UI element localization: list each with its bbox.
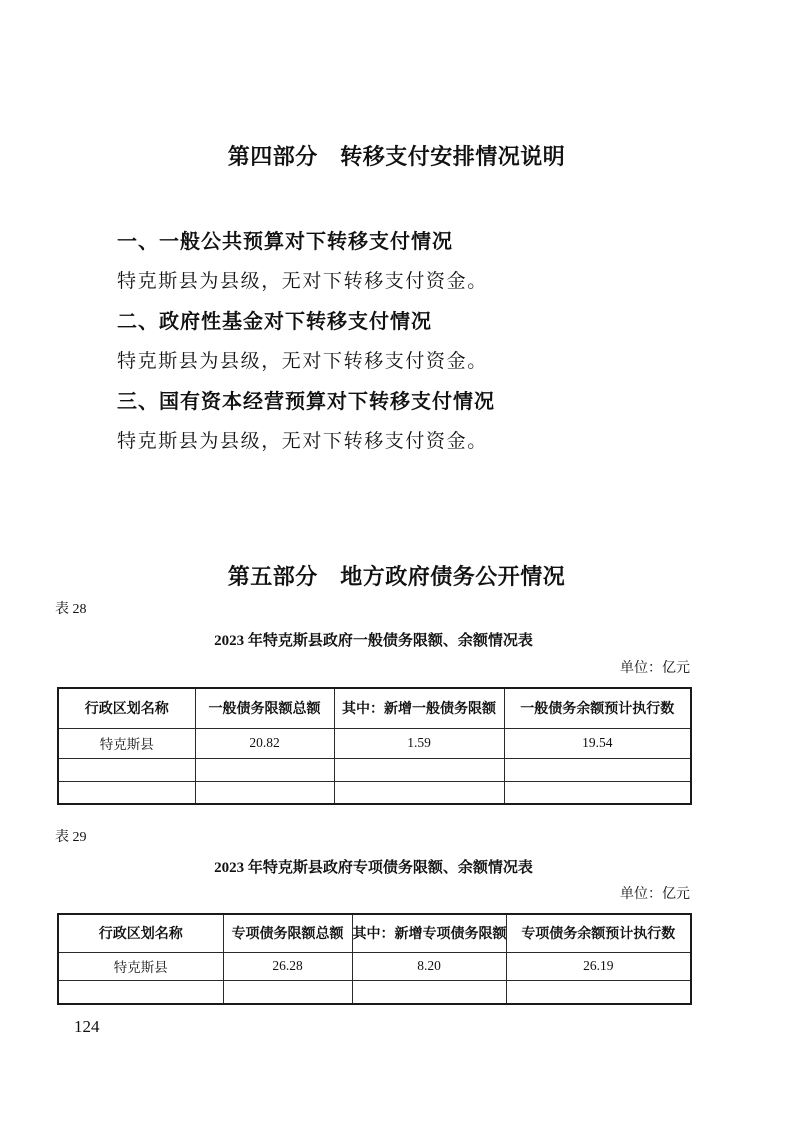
section1-heading: 一、一般公共预算对下转移支付情况 — [117, 228, 453, 256]
table29-cell: 26.19 — [506, 952, 691, 980]
table29-header-cell: 行政区划名称 — [58, 914, 223, 952]
document-page: 第四部分 转移支付安排情况说明 一、一般公共预算对下转移支付情况 特克斯县为县级… — [0, 0, 793, 1122]
table28-cell — [58, 758, 195, 781]
table28-header-row: 行政区划名称 一般债务限额总额 其中：新增一般债务限额 一般债务余额预计执行数 — [58, 688, 691, 728]
table29-unit: 单位：亿元 — [57, 886, 690, 904]
section3-heading: 三、国有资本经营预算对下转移支付情况 — [117, 388, 495, 416]
table29: 行政区划名称 专项债务限额总额 其中：新增专项债务限额 专项债务余额预计执行数 … — [57, 913, 692, 1005]
table-row — [58, 980, 691, 1004]
table28-header-cell: 行政区划名称 — [58, 688, 195, 728]
table28-header-cell: 一般债务余额预计执行数 — [504, 688, 691, 728]
table28-header-cell: 其中：新增一般债务限额 — [334, 688, 504, 728]
part5-title: 第五部分 地方政府债务公开情况 — [0, 562, 793, 592]
table28-cell — [334, 758, 504, 781]
table28-unit: 单位：亿元 — [57, 660, 690, 678]
table28-cell: 20.82 — [195, 728, 334, 758]
table29-cell — [223, 980, 352, 1004]
table29-cell: 8.20 — [352, 952, 506, 980]
table29-cell: 26.28 — [223, 952, 352, 980]
table29-header-cell: 专项债务余额预计执行数 — [506, 914, 691, 952]
table28-cell — [504, 781, 691, 804]
table28: 行政区划名称 一般债务限额总额 其中：新增一般债务限额 一般债务余额预计执行数 … — [57, 687, 692, 805]
table28-header-cell: 一般债务限额总额 — [195, 688, 334, 728]
table29-header-row: 行政区划名称 专项债务限额总额 其中：新增专项债务限额 专项债务余额预计执行数 — [58, 914, 691, 952]
table29-title: 2023 年特克斯县政府专项债务限额、余额情况表 — [57, 858, 690, 878]
section1-body: 特克斯县为县级，无对下转移支付资金。 — [117, 268, 488, 296]
table29-cell — [58, 980, 223, 1004]
table29-cell — [506, 980, 691, 1004]
table28-cell — [58, 781, 195, 804]
table-row: 特克斯县 26.28 8.20 26.19 — [58, 952, 691, 980]
table28-cell — [195, 781, 334, 804]
table-row — [58, 758, 691, 781]
part4-title: 第四部分 转移支付安排情况说明 — [0, 142, 793, 172]
table28-cell — [504, 758, 691, 781]
table28-title: 2023 年特克斯县政府一般债务限额、余额情况表 — [57, 631, 690, 651]
table28-cell: 特克斯县 — [58, 728, 195, 758]
section2-body: 特克斯县为县级，无对下转移支付资金。 — [117, 348, 488, 376]
table29-header-cell: 其中：新增专项债务限额 — [352, 914, 506, 952]
section2-heading: 二、政府性基金对下转移支付情况 — [117, 308, 432, 336]
table-row — [58, 781, 691, 804]
table29-cell: 特克斯县 — [58, 952, 223, 980]
section3-body: 特克斯县为县级，无对下转移支付资金。 — [117, 428, 488, 456]
table28-cell — [334, 781, 504, 804]
table28-cell: 19.54 — [504, 728, 691, 758]
table28-cell — [195, 758, 334, 781]
table29-header-cell: 专项债务限额总额 — [223, 914, 352, 952]
table29-cell — [352, 980, 506, 1004]
table-row: 特克斯县 20.82 1.59 19.54 — [58, 728, 691, 758]
table29-label: 表 29 — [55, 829, 87, 847]
table28-cell: 1.59 — [334, 728, 504, 758]
page-number: 124 — [74, 1016, 100, 1038]
table28-label: 表 28 — [55, 601, 87, 619]
